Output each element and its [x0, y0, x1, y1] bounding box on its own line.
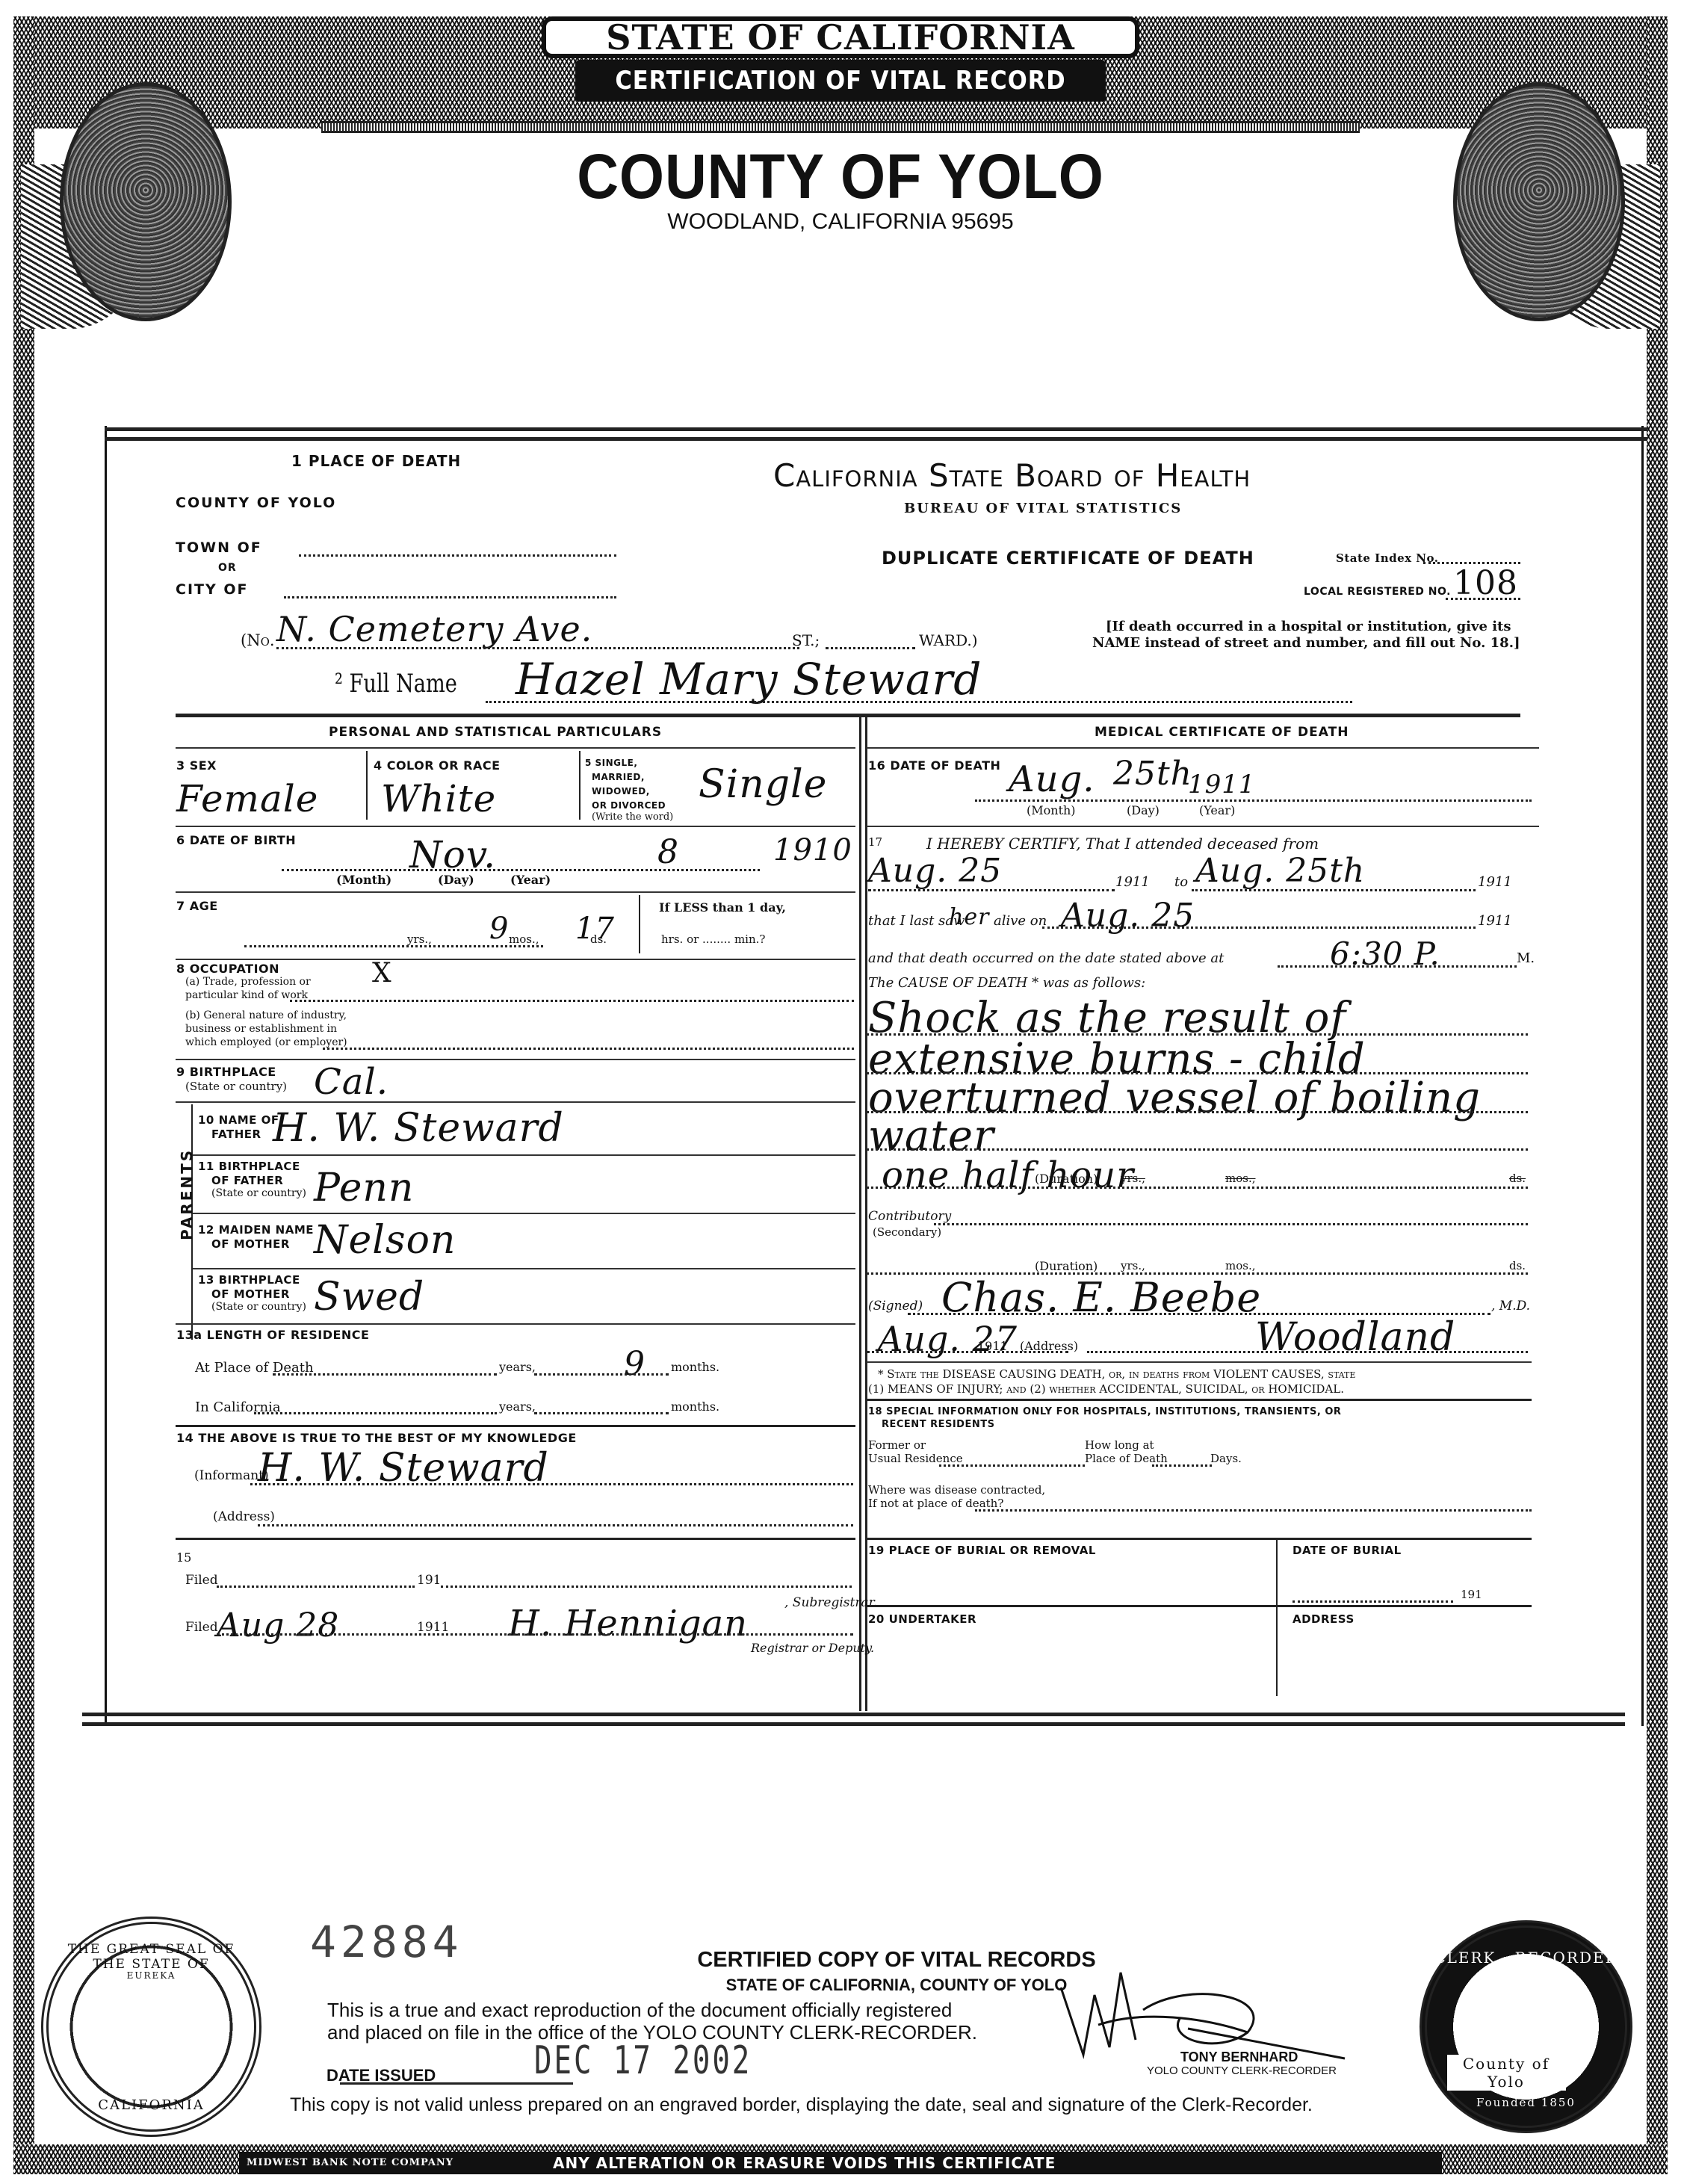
contracted-field: [975, 1509, 1532, 1512]
validity-note: This copy is not valid unless prepared o…: [290, 2094, 1313, 2116]
column-divider: [859, 714, 861, 1711]
last-saw-year: 1911: [1478, 913, 1512, 929]
duration-mos: mos.,: [1225, 1172, 1256, 1185]
res-ca-months-field: [534, 1412, 669, 1414]
less-than-day-label: If LESS than 1 day,: [659, 900, 786, 915]
mother-birthplace-value: Swed: [314, 1275, 424, 1320]
burial-place-label: 19 PLACE OF BURIAL OR REMOVAL: [868, 1543, 1096, 1558]
burial-date-field: [1293, 1600, 1453, 1603]
day-caption: (Day): [1127, 803, 1160, 817]
certification-statement: This is a true and exact reproduction of…: [327, 1999, 977, 2044]
or-label: OR: [218, 562, 237, 574]
burial-year: 191: [1461, 1588, 1482, 1601]
engraved-border-right: [1647, 16, 1668, 2168]
dob-field: [282, 869, 760, 871]
father-birthplace-value: Penn: [314, 1166, 414, 1210]
special-info-label: RECENT RESIDENTS: [882, 1417, 994, 1432]
row-divider: [867, 826, 1539, 827]
filed-date-value: Aug 28: [217, 1606, 339, 1645]
dod-month: Aug.: [1009, 758, 1095, 800]
cause-line-4: water: [868, 1112, 994, 1160]
street-number-label: (No.: [241, 631, 275, 649]
occupation-a-value: X: [372, 958, 392, 989]
mother-birthplace-label: 13 BIRTHPLACE: [198, 1273, 300, 1287]
attended-from-value: Aug. 25: [868, 852, 1002, 890]
cause-footnote-line2: (1) MEANS OF INJURY; and (2) whether ACC…: [868, 1382, 1344, 1396]
dob-day: 8: [657, 833, 679, 871]
occupation-b-field: [323, 1048, 854, 1050]
informant-address-label: (Address): [213, 1509, 275, 1524]
cell-divider: [639, 895, 640, 953]
row-divider: [176, 747, 855, 749]
row-divider: [176, 1323, 855, 1325]
hospital-note-line2: NAME instead of street and number, and f…: [1092, 635, 1520, 651]
row-divider: [867, 1605, 1532, 1607]
full-name-label: ² Full Name: [335, 669, 457, 699]
street-field: [276, 647, 799, 649]
medical-section-title: MEDICAL CERTIFICATE OF DEATH: [1095, 725, 1349, 740]
father-name-value: H. W. Steward: [273, 1106, 564, 1151]
informant-field: [250, 1483, 853, 1485]
attended-from-year: 1911: [1115, 874, 1150, 890]
cell-divider: [579, 751, 581, 820]
res-place-years-field: [273, 1373, 497, 1376]
row-divider: [193, 1268, 855, 1269]
years-caption: years,: [499, 1360, 536, 1374]
signer-title: YOLO COUNTY CLERK-RECORDER: [1147, 2064, 1337, 2077]
undertaker-address-label: ADDRESS: [1293, 1612, 1355, 1627]
filed-year: 191: [417, 1573, 441, 1588]
yolo-county-seal-icon: CLERK · RECORDER County of Yolo Founded …: [1420, 1920, 1632, 2133]
banner-state-of-california: STATE OF CALIFORNIA: [542, 16, 1139, 58]
town-of-field: [299, 554, 616, 557]
filed-date-field: [217, 1586, 415, 1588]
occupation-label: 8 OCCUPATION: [176, 962, 279, 977]
contributory-label: Contributory: [868, 1209, 951, 1224]
seal-bottom-text: CALIFORNIA: [49, 2097, 254, 2113]
informant-address-field: [258, 1524, 853, 1526]
row-divider: [867, 1538, 1532, 1540]
row-divider: [867, 747, 1539, 749]
engraved-rule: [321, 121, 1360, 133]
hospital-note-line1: [If death occurred in a hospital or inst…: [1106, 619, 1511, 634]
time-of-death-field: [1278, 965, 1517, 968]
knowledge-label: 14 THE ABOVE IS TRUE TO THE BEST OF MY K…: [176, 1431, 577, 1446]
month-caption: (Month): [336, 873, 391, 887]
yrs-caption: yrs.,: [407, 932, 432, 946]
attended-from-field: [868, 889, 1115, 891]
form-top-rule: [105, 427, 1647, 441]
section-divider: [176, 714, 1520, 717]
month-caption: (Month): [1027, 803, 1076, 817]
banner-certification: CERTIFICATION OF VITAL RECORD: [575, 60, 1106, 102]
seal-top-text: CLERK · RECORDER: [1427, 1949, 1625, 1967]
item-15-label: 15: [176, 1550, 191, 1565]
board-of-health-title: California State Board of Health: [773, 457, 1251, 494]
dod-year: 1911: [1188, 770, 1256, 799]
occupation-b-label: (b) General nature of industry,: [185, 1009, 347, 1023]
subregistrar-field: [441, 1586, 852, 1588]
duplicate-certificate-title: DUPLICATE CERTIFICATE OF DEATH: [882, 548, 1254, 569]
res-place-months-field: [534, 1373, 669, 1376]
last-saw-field: [1042, 927, 1476, 929]
city-of-label: CITY OF: [176, 581, 248, 598]
row-divider: [176, 1425, 855, 1427]
death-occurred-text: and that death occurred on the date stat…: [868, 950, 1224, 966]
duration-mos: mos.,: [1225, 1259, 1256, 1272]
dod-label: 16 DATE OF DEATH: [868, 758, 1000, 773]
years-caption: years,: [499, 1399, 536, 1414]
town-of-label: TOWN OF: [176, 539, 262, 556]
marital-label-line: (Write the word): [592, 811, 673, 823]
bottom-warning-strip: MIDWEST BANK NOTE COMPANY ANY ALTERATION…: [239, 2152, 1442, 2174]
father-birthplace-label: (State or country): [211, 1187, 306, 1199]
res-place-months-value: 9: [624, 1345, 646, 1383]
dod-day: 25th: [1113, 755, 1192, 793]
engraved-border-left: [13, 16, 34, 2168]
attended-to-year: 1911: [1478, 874, 1512, 890]
mother-birthplace-label: OF MOTHER: [211, 1287, 290, 1302]
occupation-a-label: (a) Trade, profession or: [185, 975, 311, 989]
marital-label-line: 5 SINGLE,: [585, 756, 637, 770]
occupation-a-field: [290, 1000, 854, 1002]
attended-to-field: [1192, 889, 1476, 891]
physician-address-field: [1087, 1351, 1528, 1353]
cause-of-death-label: The CAUSE OF DEATH * was as follows:: [868, 975, 1145, 991]
birthplace-value: Cal.: [314, 1061, 388, 1103]
duration-yrs: yrs.,: [1121, 1172, 1145, 1185]
street-address-value: N. Cemetery Ave.: [276, 609, 592, 649]
marital-value: Single: [699, 762, 827, 807]
filed-label: Filed: [185, 1573, 218, 1588]
dod-field: [975, 799, 1532, 802]
contracted-label: If not at place of death?: [868, 1497, 1003, 1510]
res-ca-years-field: [254, 1412, 497, 1414]
row-divider: [176, 959, 855, 960]
duration-yrs: yrs.,: [1121, 1259, 1145, 1272]
dob-label: 6 DATE OF BIRTH: [176, 833, 296, 848]
certify-text: I HEREBY CERTIFY, That I attended deceas…: [926, 835, 1319, 853]
ward-field: [826, 647, 915, 649]
item-17-label: 17: [868, 835, 882, 849]
ward-label: WARD.): [919, 631, 978, 649]
age-months: 9: [489, 912, 509, 946]
father-name-label: 10 NAME OF: [198, 1113, 279, 1127]
local-registered-label: LOCAL REGISTERED NO.: [1304, 584, 1451, 599]
contributory-sub-label: (Secondary): [873, 1225, 941, 1239]
parents-vertical-label: PARENTS: [178, 1148, 196, 1240]
signed-label: (Signed): [868, 1299, 923, 1314]
age-label: 7 AGE: [176, 899, 218, 914]
row-divider: [867, 1399, 1532, 1401]
county-of-yolo-label: COUNTY OF YOLO: [176, 495, 336, 511]
clerk-signature-icon: [1053, 1965, 1352, 2062]
age-field: [244, 945, 543, 947]
mother-maiden-label: 12 MAIDEN NAME: [198, 1223, 314, 1237]
city-of-field: [284, 596, 616, 598]
row-divider: [176, 1059, 855, 1060]
row-divider: [193, 1154, 855, 1156]
former-residence-label: Former or: [868, 1438, 926, 1452]
contributory-field: [934, 1223, 1528, 1225]
residence-label: 13a LENGTH OF RESIDENCE: [176, 1328, 369, 1343]
how-long-field: [1152, 1464, 1212, 1467]
form-bottom-rule: [82, 1713, 1625, 1726]
marital-label-line: WIDOWED,: [592, 785, 650, 799]
county-title: COUNTY OF YOLO: [67, 140, 1614, 213]
printer-name: MIDWEST BANK NOTE COMPANY: [247, 2152, 453, 2174]
hrs-min-label: hrs. or ........ min.?: [661, 932, 765, 946]
ds-caption: ds.: [590, 932, 607, 946]
sex-value: Female: [176, 777, 318, 820]
day-caption: (Day): [438, 873, 474, 887]
last-saw-date-value: Aug. 25: [1061, 897, 1195, 935]
filed-label: Filed: [185, 1620, 218, 1635]
cell-divider: [1276, 1539, 1278, 1696]
cause-field: [867, 1148, 1528, 1151]
duration-field: [867, 1187, 1528, 1189]
meridiem-label: M.: [1517, 950, 1535, 966]
column-divider: [865, 714, 867, 1711]
how-long-label: How long at: [1085, 1438, 1154, 1452]
duration-ds: ds.: [1509, 1259, 1526, 1272]
race-value: White: [381, 777, 496, 820]
alteration-warning: ANY ALTERATION OR ERASURE VOIDS THIS CER…: [553, 2152, 1056, 2174]
marital-label-line: MARRIED,: [592, 770, 645, 785]
how-long-label: Place of Death: [1085, 1452, 1168, 1465]
to-label: to: [1174, 874, 1188, 890]
father-name-label: FATHER: [211, 1127, 261, 1142]
certification-line: This is a true and exact reproduction of…: [327, 1999, 977, 2021]
mother-birthplace-label: (State or country): [211, 1301, 306, 1313]
contracted-label: Where was disease contracted,: [868, 1483, 1045, 1497]
months-caption: months.: [671, 1399, 719, 1414]
race-label: 4 COLOR OR RACE: [374, 758, 501, 773]
mother-maiden-label: OF MOTHER: [211, 1237, 290, 1252]
mother-maiden-value: Nelson: [314, 1218, 456, 1263]
year-caption: (Year): [1199, 803, 1235, 817]
seal-bottom-text: Founded 1850: [1427, 2096, 1625, 2109]
row-divider: [193, 1213, 855, 1214]
subregistrar-label: , Subregistrar.: [784, 1595, 877, 1610]
registrar-field: [217, 1633, 853, 1636]
signer-name: TONY BERNHARD: [1180, 2050, 1298, 2065]
year-caption: (Year): [510, 873, 551, 887]
physician-address-label: (Address): [1020, 1339, 1078, 1353]
alive-on-label: alive on: [994, 913, 1047, 929]
sex-label: 3 SEX: [176, 758, 217, 773]
duration-label: (Duration): [1035, 1172, 1098, 1186]
full-name-field: [486, 701, 1352, 703]
dob-year: 1910: [773, 833, 852, 867]
personal-section-title: PERSONAL AND STATISTICAL PARTICULARS: [329, 725, 662, 740]
row-divider: [176, 1538, 855, 1540]
months-caption: months.: [671, 1360, 719, 1374]
burial-date-label: DATE OF BURIAL: [1293, 1543, 1402, 1558]
cell-divider: [366, 751, 368, 820]
row-divider: [176, 891, 855, 893]
seal-band-text: County of Yolo: [1447, 2055, 1566, 2091]
local-registered-value: 108: [1453, 564, 1518, 602]
birthplace-label: 9 BIRTHPLACE: [176, 1065, 276, 1080]
registrar-label: Registrar or Deputy.: [751, 1641, 874, 1655]
county-address: WOODLAND, CALIFORNIA 95695: [0, 209, 1681, 235]
row-divider: [176, 1101, 855, 1103]
full-name-value: Hazel Mary Steward: [516, 654, 982, 705]
date-issued-value: DEC 17 2002: [534, 2038, 752, 2083]
bureau-of-vital-statistics: BUREAU OF VITAL STATISTICS: [904, 501, 1182, 516]
mos-caption: mos.,: [509, 932, 539, 946]
former-residence-label: Usual Residence: [868, 1452, 963, 1465]
duration-label: (Duration): [1035, 1259, 1098, 1273]
physician-address-value: Woodland: [1255, 1315, 1455, 1360]
local-registered-field: [1446, 598, 1520, 600]
undertaker-label: 20 UNDERTAKER: [868, 1612, 976, 1627]
registrar-signature: H. Hennigan: [508, 1603, 748, 1645]
row-divider: [176, 826, 855, 827]
md-suffix: , M.D.: [1491, 1299, 1530, 1314]
place-of-death-label: 1 PLACE OF DEATH: [291, 452, 461, 470]
father-birthplace-label: 11 BIRTHPLACE: [198, 1160, 300, 1174]
last-saw-pronoun: her: [949, 904, 989, 930]
street-label: ST.;: [792, 631, 820, 649]
occupation-b-label: business or establishment in: [185, 1022, 337, 1036]
row-divider: [867, 1361, 1532, 1363]
filed-year-value: 1911: [417, 1620, 449, 1635]
days-label: Days.: [1210, 1452, 1242, 1465]
former-residence-field: [939, 1464, 1085, 1467]
cause-footnote-line1: * State the DISEASE CAUSING DEATH, or, i…: [878, 1367, 1355, 1381]
sign-year: 1911: [977, 1339, 1008, 1353]
attended-to-value: Aug. 25th: [1195, 852, 1365, 890]
birthplace-sub-label: (State or country): [185, 1080, 287, 1093]
duration-ds: ds.: [1509, 1172, 1526, 1185]
father-birthplace-label: OF FATHER: [211, 1174, 283, 1188]
